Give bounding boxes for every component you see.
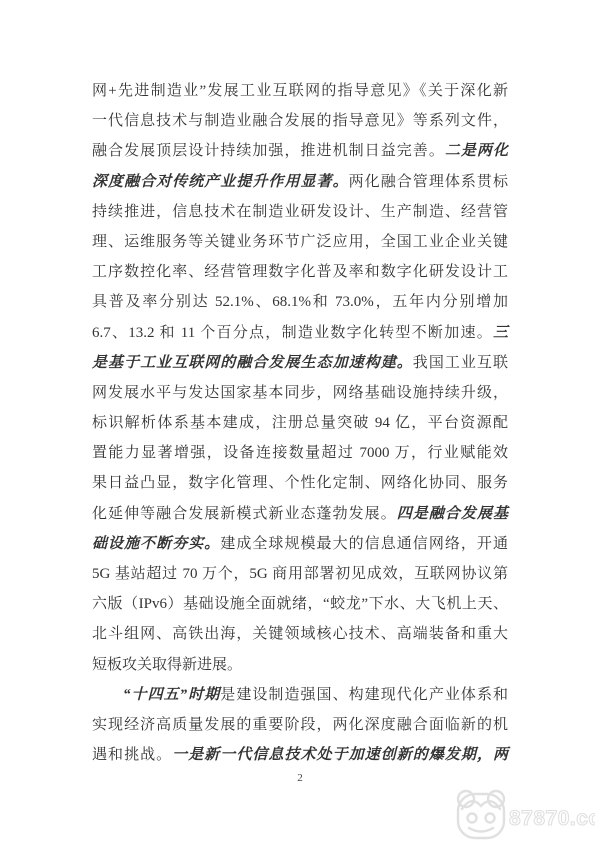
text-line: 实现经济高质量发展的重要阶段，两化深度融合面临新的机 <box>92 710 508 740</box>
text-run: 6.7、13.2 和 11 个百分点，制造业数字化转型不断加速。 <box>92 325 493 341</box>
text-line: 网+先进制造业”发展工业互联网的指导意见》《关于深化新 <box>92 76 508 106</box>
bold-text-run: 础设施不断夯实。 <box>92 536 220 552</box>
bold-text-run: 是基于工业互联网的融合发展生态加速构建。 <box>92 355 413 371</box>
text-line: 融合发展顶层设计持续加强，推进机制日益完善。二是两化 <box>92 136 508 166</box>
bold-text-run: 三 <box>493 325 508 341</box>
text-line: 工序数控化率、经营管理数字化普及率和数字化研发设计工 <box>92 257 508 287</box>
text-run: 建成全球规模最大的信息通信网络，开通 <box>220 536 508 552</box>
bold-text-run: 四是融合发展基 <box>397 506 508 522</box>
text-run: 实现经济高质量发展的重要阶段，两化深度融合面临新的机 <box>92 717 508 733</box>
text-run: 是建设制造强国、构建现代化产业体系和 <box>220 687 508 703</box>
text-line: 六版（IPv6）基础设施全面就绪，“蛟龙”下水、大飞机上天、 <box>92 589 508 619</box>
page-number: 2 <box>0 772 600 784</box>
text-line: 一代信息技术与制造业融合发展的指导意见》等系列文件， <box>92 106 508 136</box>
text-run: 理、运维服务等关键业务环节广泛应用，全国工业企业关键 <box>92 234 508 250</box>
text-line: 6.7、13.2 和 11 个百分点，制造业数字化转型不断加速。三 <box>92 318 508 348</box>
text-line: 标识解析体系基本建成，注册总量突破 94 亿，平台资源配 <box>92 408 508 438</box>
text-run: 工序数控化率、经营管理数字化普及率和数字化研发设计工 <box>92 264 508 280</box>
text-run: 标识解析体系基本建成，注册总量突破 94 亿，平台资源配 <box>92 415 508 431</box>
bold-text-run: 深度融合对传统产业提升作用显著。 <box>92 174 349 190</box>
text-run: 遇和挑战。 <box>92 747 172 763</box>
text-run: 化延伸等融合发展新模式新业态蓬勃发展。 <box>92 506 397 522</box>
text-line: 5G 基站超过 70 万个，5G 商用部署初见成效，互联网协议第 <box>92 559 508 589</box>
text-line: 理、运维服务等关键业务环节广泛应用，全国工业企业关键 <box>92 227 508 257</box>
text-run: 置能力显著增强，设备连接数量超过 7000 万，行业赋能效 <box>92 445 508 461</box>
document-body-text: 网+先进制造业”发展工业互联网的指导意见》《关于深化新一代信息技术与制造业融合发… <box>92 76 508 770</box>
text-run: 两化融合管理体系贯标 <box>349 174 508 190</box>
text-run: 5G 基站超过 70 万个，5G 商用部署初见成效，互联网协议第 <box>92 566 508 582</box>
text-run: 一代信息技术与制造业融合发展的指导意见》等系列文件， <box>92 113 508 129</box>
text-run: 北斗组网、高铁出海，关键领域核心技术、高端装备和重大 <box>92 626 508 642</box>
text-run: 果日益凸显，数字化管理、个性化定制、网络化协同、服务 <box>92 475 508 491</box>
bold-text-run: 一是新一代信息技术处于加速创新的爆发期，两 <box>172 747 508 763</box>
text-run: 融合发展顶层设计持续加强，推进机制日益完善。 <box>92 143 445 159</box>
document-page: 网+先进制造业”发展工业互联网的指导意见》《关于深化新一代信息技术与制造业融合发… <box>0 0 600 848</box>
text-run: 网+先进制造业”发展工业互联网的指导意见》《关于深化新 <box>92 83 508 99</box>
bear-logo-icon <box>458 791 504 838</box>
text-line: 网发展水平与发达国家基本同步，网络基础设施持续升级， <box>92 378 508 408</box>
text-run: 网发展水平与发达国家基本同步，网络基础设施持续升级， <box>92 385 508 401</box>
text-run: 持续推进，信息技术在制造业研发设计、生产制造、经营管 <box>92 204 508 220</box>
text-line: 化延伸等融合发展新模式新业态蓬勃发展。四是融合发展基 <box>92 499 508 529</box>
brand-watermark-text: 87870.com <box>509 807 595 830</box>
text-run: 短板攻关取得新进展。 <box>92 657 242 673</box>
text-line: 短板攻关取得新进展。 <box>92 650 508 680</box>
text-line: 果日益凸显，数字化管理、个性化定制、网络化协同、服务 <box>92 468 508 498</box>
text-line: 是基于工业互联网的融合发展生态加速构建。我国工业互联 <box>92 348 508 378</box>
text-line: 北斗组网、高铁出海，关键领域核心技术、高端装备和重大 <box>92 619 508 649</box>
text-line: “十四五”时期是建设制造强国、构建现代化产业体系和 <box>92 680 508 710</box>
text-line: 具普及率分别达 52.1%、68.1%和 73.0%，五年内分别增加 <box>92 287 508 317</box>
text-line: 持续推进，信息技术在制造业研发设计、生产制造、经营管 <box>92 197 508 227</box>
text-run: 我国工业互联 <box>413 355 508 371</box>
brand-watermark: 87870.com <box>455 788 595 842</box>
text-run: 六版（IPv6）基础设施全面就绪，“蛟龙”下水、大飞机上天、 <box>92 596 508 612</box>
text-line: 础设施不断夯实。建成全球规模最大的信息通信网络，开通 <box>92 529 508 559</box>
text-line: 深度融合对传统产业提升作用显著。两化融合管理体系贯标 <box>92 167 508 197</box>
bold-text-run: 二是两化 <box>445 143 508 159</box>
text-line: 遇和挑战。一是新一代信息技术处于加速创新的爆发期，两 <box>92 740 508 770</box>
text-line: 置能力显著增强，设备连接数量超过 7000 万，行业赋能效 <box>92 438 508 468</box>
text-run: 具普及率分别达 52.1%、68.1%和 73.0%，五年内分别增加 <box>92 294 508 310</box>
bold-text-run: “十四五”时期 <box>123 687 220 703</box>
